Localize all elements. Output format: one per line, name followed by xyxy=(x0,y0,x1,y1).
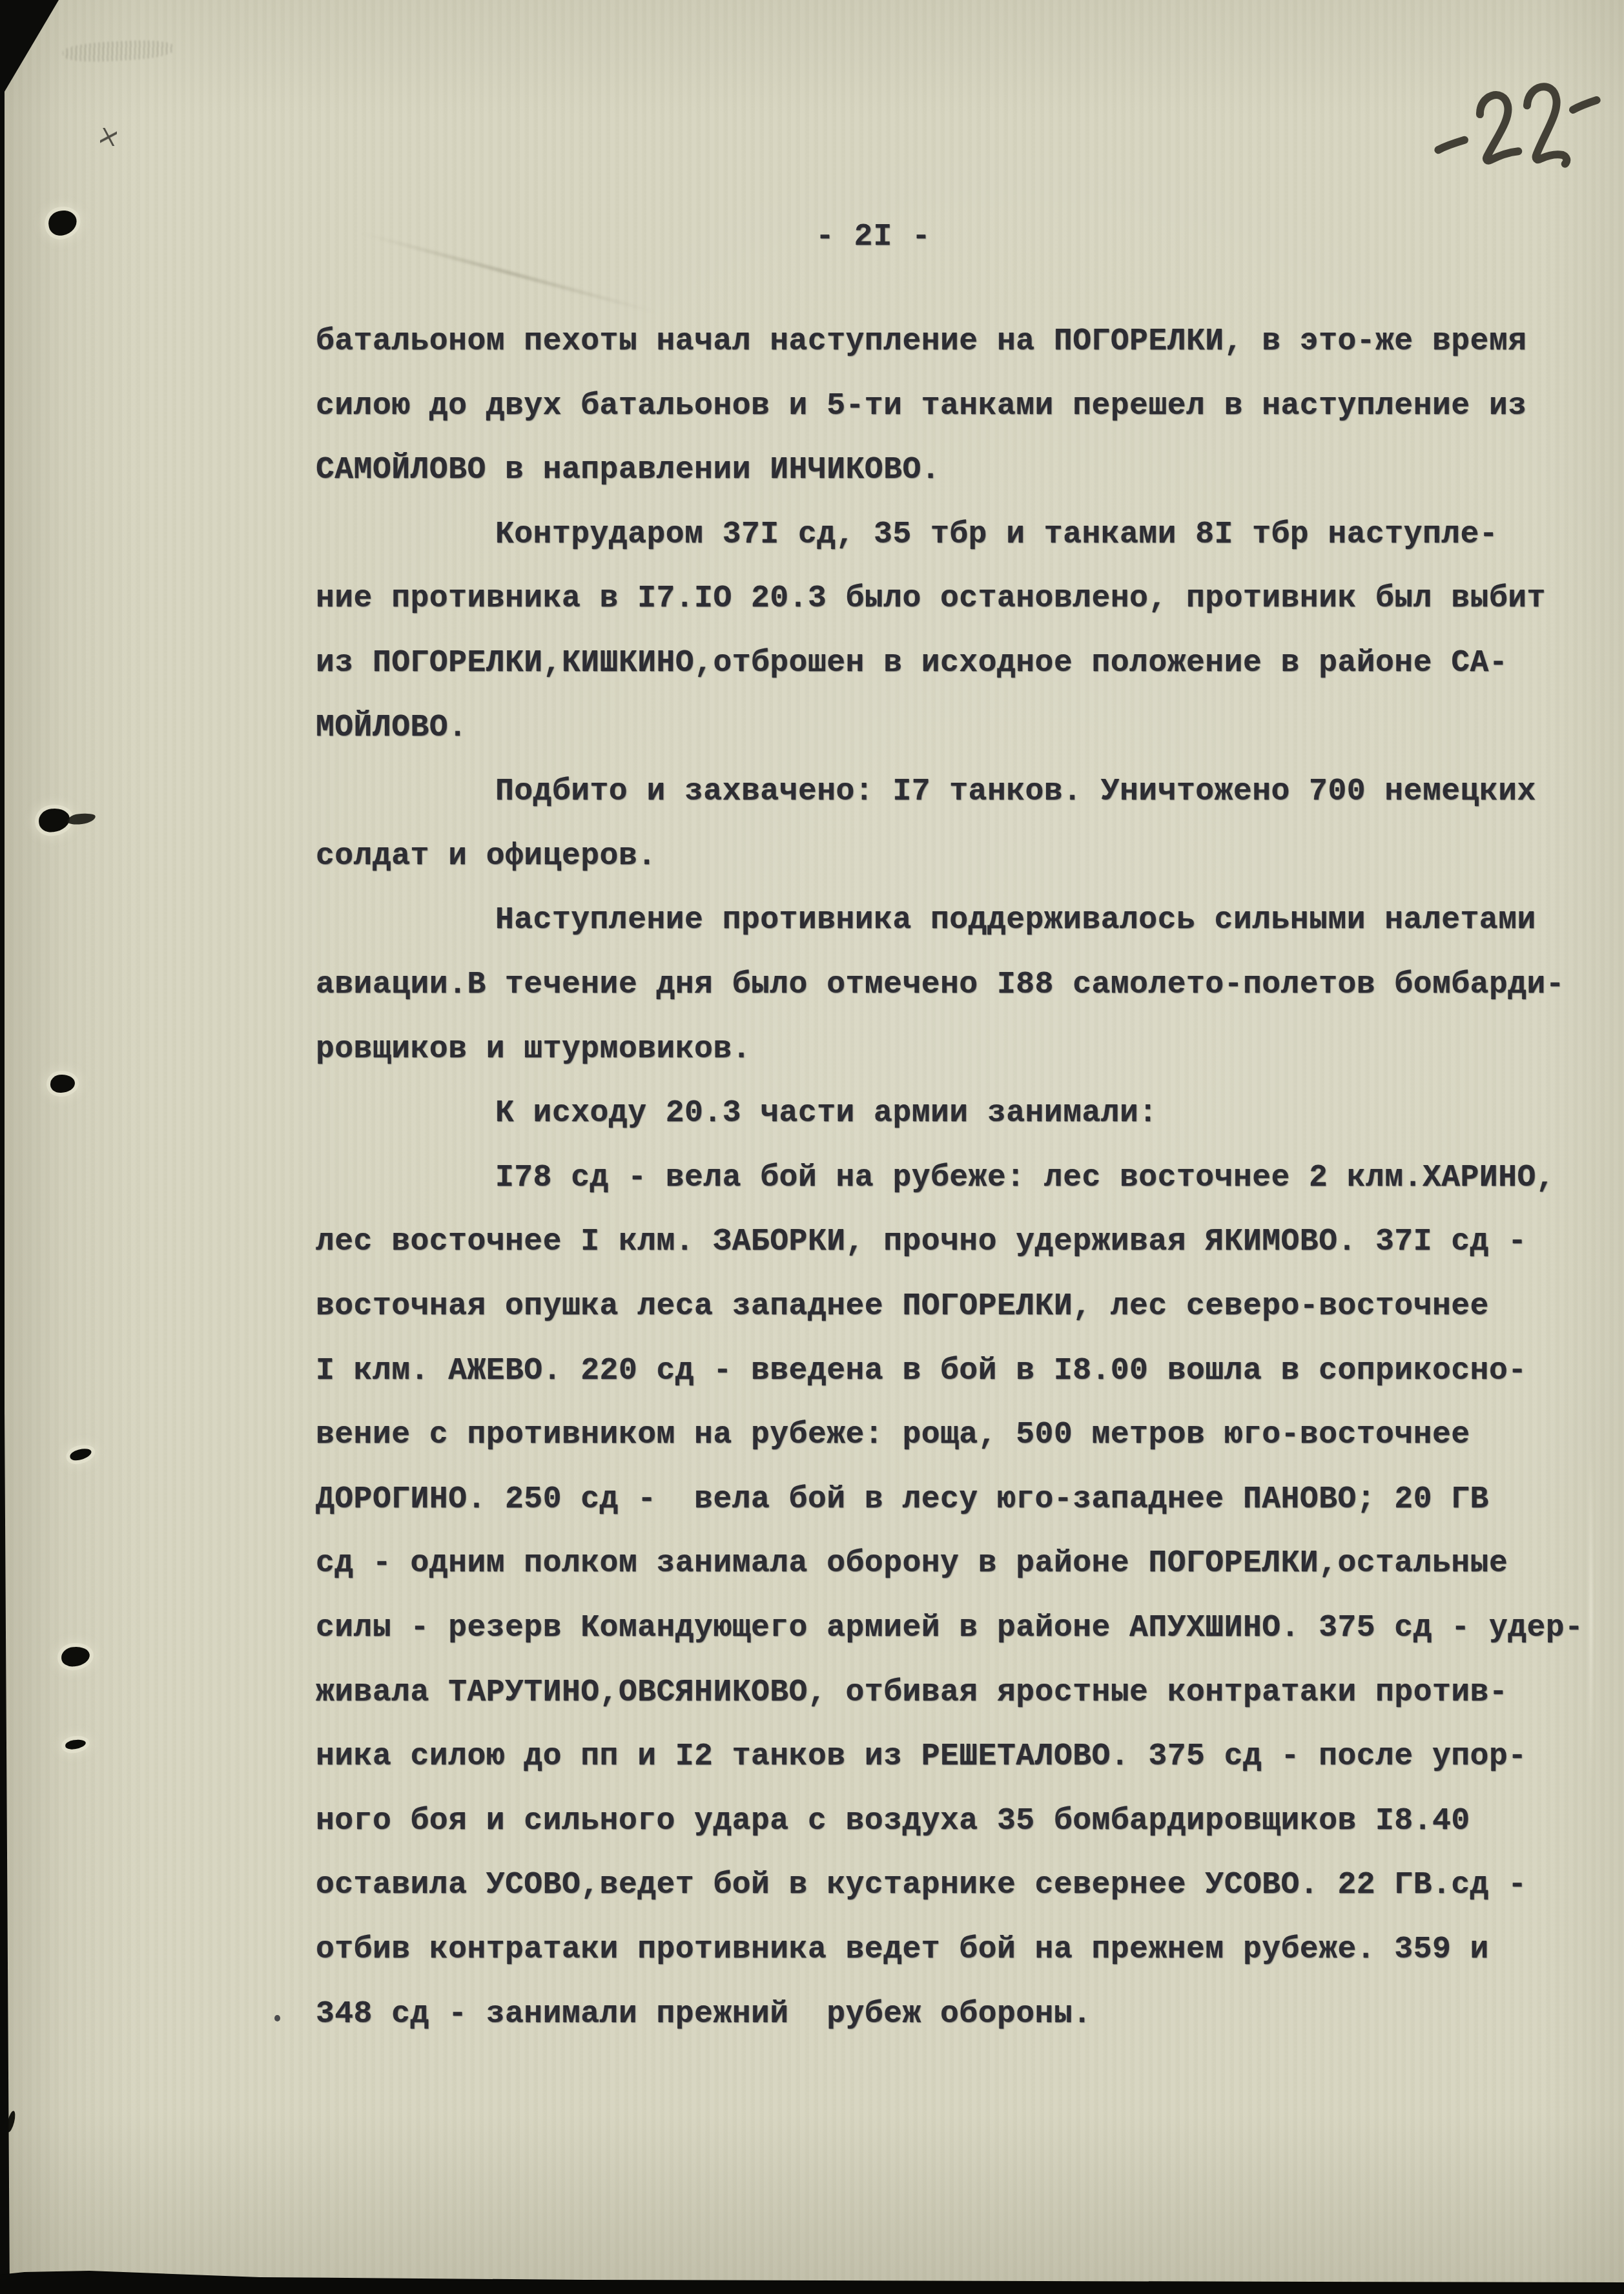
ink-dot xyxy=(274,2015,280,2021)
paper-sheet: - 2I - -22- батальоном пехоты начал наст… xyxy=(5,0,1624,2294)
typed-line-13: К исходу 20.3 части армии занимали: xyxy=(495,1097,1158,1130)
typed-line-24: ного боя и сильного удара с воздуха 35 б… xyxy=(316,1804,1470,1838)
typed-line-3: САМОЙЛОВО в направлении ИНЧИКОВО. xyxy=(316,453,940,487)
typed-line-1: батальоном пехоты начал наступление на П… xyxy=(316,325,1527,358)
typed-line-23: ника силою до пп и I2 танков из РЕШЕТАЛО… xyxy=(316,1740,1527,1773)
pen-stroke-digit-2 xyxy=(1525,85,1567,167)
typed-line-5: ние противника в I7.IO 20.3 было останов… xyxy=(316,582,1546,615)
typed-line-21: силы - резерв Командующего армией в райо… xyxy=(316,1611,1583,1645)
typed-line-22: живала ТАРУТИНО,ОВСЯНИКОВО, отбивая ярос… xyxy=(316,1676,1508,1710)
typed-line-27: 348 сд - занимали прежний рубеж обороны. xyxy=(316,1998,1092,2031)
pen-stroke-dash-right xyxy=(1572,100,1598,110)
typed-line-17: I клм. АЖЕВО. 220 сд - введена в бой в I… xyxy=(316,1354,1527,1388)
typed-line-10: Наступление противника поддерживалось си… xyxy=(495,904,1536,937)
typed-line-15: лес восточнее I клм. ЗАБОРКИ, прочно уде… xyxy=(316,1225,1527,1259)
typed-line-6: из ПОГОРЕЛКИ,КИШКИНО,отброшен в исходное… xyxy=(316,646,1508,680)
typed-page-number: - 2I - xyxy=(816,220,931,254)
typed-line-19: ДОРОГИНО. 250 сд - вела бой в лесу юго-з… xyxy=(316,1483,1489,1516)
ink-speck xyxy=(100,128,117,146)
typed-line-20: сд - одним полком занимала оборону в рай… xyxy=(316,1547,1508,1580)
typed-line-8: Подбито и захвачено: I7 танков. Уничтоже… xyxy=(495,775,1536,809)
paper-crease xyxy=(1590,1440,1592,1789)
typed-line-26: отбив контратаки противника ведет бой на… xyxy=(316,1933,1489,1967)
typed-line-7: МОЙЛОВО. xyxy=(316,711,467,745)
typed-line-9: солдат и офицеров. xyxy=(316,840,656,873)
pen-stroke-dash-left xyxy=(1437,140,1465,150)
scanned-page: - 2I - -22- батальоном пехоты начал наст… xyxy=(0,0,1624,2294)
pen-stroke-digit-2 xyxy=(1478,93,1519,161)
typed-line-2: силою до двух батальонов и 5-ти танками … xyxy=(316,389,1527,423)
typed-line-16: восточная опушка леса западнее ПОГОРЕЛКИ… xyxy=(316,1290,1489,1323)
paper-crease xyxy=(361,232,655,313)
typed-line-18: вение с противником на рубеже: роща, 500… xyxy=(316,1418,1470,1452)
typed-line-25: оставила УСОВО,ведет бой в кустарнике се… xyxy=(316,1868,1527,1902)
typed-line-4: Контрударом 37I сд, 35 тбр и танками 8I … xyxy=(495,518,1498,552)
typed-line-14: I78 сд - вела бой на рубеже: лес восточн… xyxy=(495,1161,1555,1195)
typed-line-12: ровщиков и штурмовиков. xyxy=(316,1033,751,1066)
pencil-smudge xyxy=(62,39,174,64)
handwritten-page-number: -22- xyxy=(1423,65,1616,209)
typed-line-11: авиации.В течение дня было отмечено I88 … xyxy=(316,968,1565,1002)
